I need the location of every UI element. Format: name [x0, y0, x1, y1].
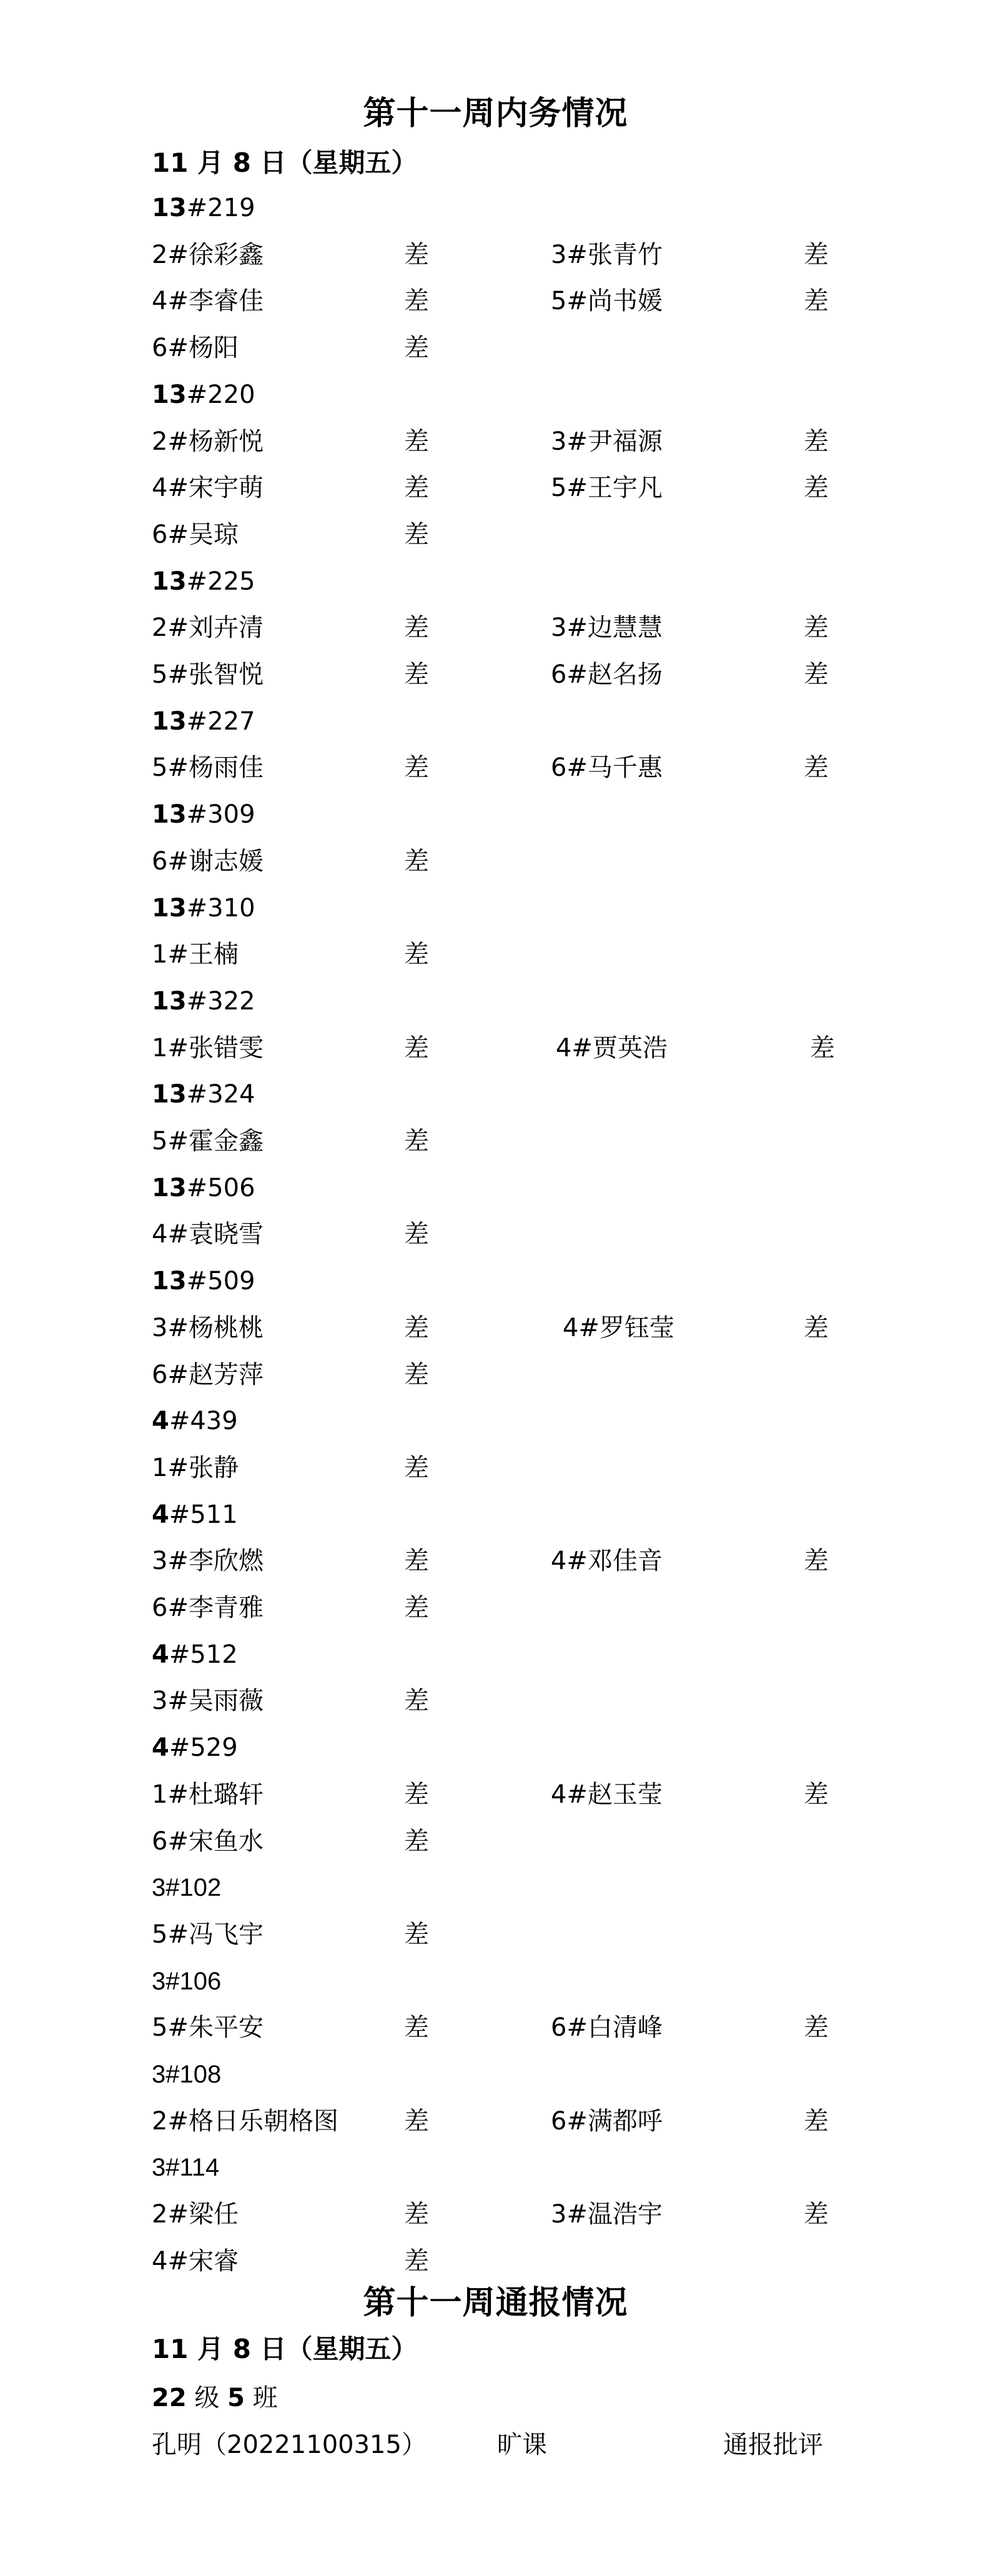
student-bed-name: 3#尹福源 — [551, 426, 663, 457]
room-building-number: 13 — [152, 894, 187, 923]
inspection-row: 2#刘卉清差3#边慧慧差 — [0, 612, 991, 643]
room-id: 13#309 — [152, 799, 255, 830]
student-bed-name: 4#袁晓雪 — [152, 1219, 264, 1250]
inspection-status: 差 — [804, 1545, 829, 1577]
section-title-notice: 第十一周通报情况 — [0, 2284, 991, 2322]
room-building-number: 13 — [152, 1267, 187, 1295]
student-bed-name: 6#吴琼 — [152, 519, 239, 550]
student-bed-name: 6#谢志媛 — [152, 846, 264, 877]
room-building-number: 13 — [152, 1080, 187, 1109]
inspection-status: 差 — [804, 426, 829, 457]
inspection-status: 差 — [804, 1312, 829, 1344]
inspection-status: 差 — [404, 332, 429, 364]
room-number: #225 — [187, 567, 255, 596]
inspection-row: 6#赵芳萍差 — [0, 1359, 991, 1390]
notice-date: 11 月 8 日（星期五） — [152, 2334, 418, 2365]
student-bed-name: 2#格日乐朝格图 — [152, 2106, 338, 2137]
inspection-status: 差 — [404, 939, 429, 970]
inspection-status: 差 — [810, 1033, 835, 1064]
inspection-row: 4#袁晓雪差 — [0, 1219, 991, 1250]
room-heading: 3#108 — [0, 2059, 991, 2090]
student-bed-name: 1#杜璐轩 — [152, 1779, 264, 1810]
inspection-status: 差 — [804, 285, 829, 317]
student-bed-name: 6#马千惠 — [551, 752, 663, 783]
room-building-number: 3 — [152, 2061, 165, 2088]
inspection-row: 1#杜璐轩差4#赵玉莹差 — [0, 1779, 991, 1810]
room-number: #511 — [169, 1500, 238, 1529]
inspection-status: 差 — [404, 612, 429, 643]
room-id: 13#509 — [152, 1266, 255, 1297]
notice-action: 通报批评 — [723, 2429, 823, 2460]
inspection-status: 差 — [804, 2106, 829, 2137]
section-date: 11 月 8 日（星期五） — [152, 147, 418, 179]
inspection-status: 差 — [404, 2246, 429, 2277]
inspection-row: 5#霍金鑫差 — [0, 1126, 991, 1157]
student-bed-name: 1#王楠 — [152, 939, 239, 970]
inspection-row: 6#吴琼差 — [0, 519, 991, 550]
inspection-status: 差 — [404, 519, 429, 550]
notice-student: 孔明（20221100315） — [152, 2429, 426, 2460]
inspection-status: 差 — [404, 285, 429, 317]
room-id: 4#529 — [152, 1732, 238, 1763]
room-number: #322 — [187, 987, 255, 1016]
student-bed-name: 3#张青竹 — [551, 239, 663, 270]
student-bed-name: 1#张静 — [152, 1452, 239, 1484]
room-number: #114 — [165, 2154, 219, 2181]
inspection-row: 1#张错雯差4#贾英浩差 — [0, 1033, 991, 1064]
document-page: 第十一周内务情况 11 月 8 日（星期五） 13#2192#徐彩鑫差3#张青竹… — [0, 0, 991, 2576]
inspection-status: 差 — [404, 2012, 429, 2043]
grade-word: 级 — [187, 2384, 227, 2412]
inspection-status: 差 — [404, 1359, 429, 1390]
student-bed-name: 6#赵名扬 — [551, 659, 663, 690]
student-bed-name: 5#王宇凡 — [551, 472, 663, 503]
inspection-status: 差 — [404, 1592, 429, 1623]
inspection-row: 5#杨雨佳差6#马千惠差 — [0, 752, 991, 783]
room-building-number: 13 — [152, 567, 187, 596]
inspection-status: 差 — [404, 1919, 429, 1950]
student-bed-name: 2#杨新悦 — [152, 426, 264, 457]
inspection-status: 差 — [404, 846, 429, 877]
student-bed-name: 3#温浩宇 — [551, 2199, 663, 2230]
room-building-number: 13 — [152, 987, 187, 1016]
room-building-number: 13 — [152, 707, 187, 736]
room-id: 13#506 — [152, 1172, 255, 1204]
student-bed-name: 5#冯飞宇 — [152, 1919, 264, 1950]
room-number: #309 — [187, 800, 255, 829]
room-number: #310 — [187, 894, 255, 923]
room-heading: 13#322 — [0, 986, 991, 1017]
inspection-row: 1#张静差 — [0, 1452, 991, 1484]
room-building-number: 3 — [152, 1874, 165, 1901]
inspection-row: 6#杨阳差 — [0, 332, 991, 364]
notice-reason: 旷课 — [497, 2429, 547, 2460]
inspection-row: 3#吴雨薇差 — [0, 1685, 991, 1717]
inspection-status: 差 — [404, 239, 429, 270]
student-bed-name: 6#赵芳萍 — [152, 1359, 264, 1390]
room-id: 3#108 — [152, 2059, 221, 2090]
room-number: #108 — [165, 2061, 221, 2088]
inspection-row: 2#梁任差3#温浩宇差 — [0, 2199, 991, 2230]
student-bed-name: 2#徐彩鑫 — [152, 239, 264, 270]
grade-number: 22 — [152, 2384, 187, 2412]
inspection-row: 2#格日乐朝格图差6#满都呼差 — [0, 2106, 991, 2137]
student-bed-name: 5#尚书媛 — [551, 285, 663, 317]
room-id: 4#439 — [152, 1405, 238, 1437]
room-heading: 13#506 — [0, 1172, 991, 1204]
room-heading: 13#227 — [0, 706, 991, 737]
inspection-row: 4#宋睿差 — [0, 2246, 991, 2277]
room-number: #220 — [187, 380, 255, 409]
room-building-number: 13 — [152, 800, 187, 829]
student-bed-name: 3#杨桃桃 — [152, 1312, 264, 1344]
inspection-status: 差 — [404, 1779, 429, 1810]
room-number: #102 — [165, 1874, 221, 1901]
room-heading: 13#219 — [0, 192, 991, 224]
inspection-status: 差 — [404, 752, 429, 783]
room-id: 13#322 — [152, 986, 255, 1017]
inspection-status: 差 — [804, 1779, 829, 1810]
student-bed-name: 2#梁任 — [152, 2199, 239, 2230]
room-building-number: 4 — [152, 1640, 169, 1669]
inspection-status: 差 — [404, 1452, 429, 1484]
room-number: #227 — [187, 707, 255, 736]
inspection-row: 2#杨新悦差3#尹福源差 — [0, 426, 991, 457]
room-heading: 13#509 — [0, 1266, 991, 1297]
room-id: 13#324 — [152, 1079, 255, 1110]
student-bed-name: 3#吴雨薇 — [152, 1685, 264, 1717]
room-id: 3#114 — [152, 2152, 219, 2183]
room-building-number: 13 — [152, 1174, 187, 1202]
room-id: 4#511 — [152, 1499, 238, 1530]
student-bed-name: 6#宋鱼水 — [152, 1826, 264, 1857]
notice-record-row: 孔明（20221100315） 旷课 通报批评 — [0, 2429, 991, 2460]
room-heading: 4#512 — [0, 1639, 991, 1670]
inspection-row: 6#谢志媛差 — [0, 846, 991, 877]
room-building-number: 4 — [152, 1733, 169, 1762]
student-bed-name: 5#张智悦 — [152, 659, 264, 690]
inspection-row: 5#朱平安差6#白清峰差 — [0, 2012, 991, 2043]
inspection-row: 6#李青雅差 — [0, 1592, 991, 1623]
inspection-status: 差 — [404, 2106, 429, 2137]
student-bed-name: 4#宋睿 — [152, 2246, 239, 2277]
inspection-row: 4#宋宇萌差5#王宇凡差 — [0, 472, 991, 503]
student-bed-name: 4#宋宇萌 — [152, 472, 264, 503]
inspection-row: 3#李欣燃差4#邓佳音差 — [0, 1545, 991, 1577]
inspection-row: 4#李睿佳差5#尚书媛差 — [0, 285, 991, 317]
room-heading: 13#220 — [0, 379, 991, 410]
inspection-row: 2#徐彩鑫差3#张青竹差 — [0, 239, 991, 270]
room-heading: 4#529 — [0, 1732, 991, 1763]
room-building-number: 3 — [152, 1968, 165, 1995]
room-id: 3#102 — [152, 1872, 221, 1903]
inspection-status: 差 — [804, 472, 829, 503]
room-building-number: 13 — [152, 380, 187, 409]
inspection-status: 差 — [404, 1685, 429, 1717]
room-number: #439 — [169, 1407, 238, 1435]
inspection-status: 差 — [404, 1545, 429, 1577]
inspection-status: 差 — [404, 1219, 429, 1250]
room-heading: 13#324 — [0, 1079, 991, 1110]
class-word: 班 — [245, 2384, 278, 2412]
room-building-number: 4 — [152, 1407, 169, 1435]
inspection-row: 5#张智悦差6#赵名扬差 — [0, 659, 991, 690]
room-heading: 3#106 — [0, 1966, 991, 1997]
inspection-status: 差 — [804, 612, 829, 643]
class-label: 22 级 5 班 — [0, 2382, 991, 2414]
room-heading: 13#309 — [0, 799, 991, 830]
student-bed-name: 6#白清峰 — [551, 2012, 663, 2043]
student-bed-name: 3#李欣燃 — [152, 1545, 264, 1577]
inspection-status: 差 — [804, 2012, 829, 2043]
inspection-status: 差 — [404, 659, 429, 690]
student-bed-name: 4#贾英浩 — [556, 1033, 668, 1064]
student-bed-name: 2#刘卉清 — [152, 612, 264, 643]
inspection-status: 差 — [804, 752, 829, 783]
inspection-status: 差 — [804, 239, 829, 270]
inspection-status: 差 — [404, 2199, 429, 2230]
room-number: #529 — [169, 1733, 238, 1762]
inspection-status: 差 — [404, 1126, 429, 1157]
room-id: 13#219 — [152, 192, 255, 224]
student-bed-name: 6#满都呼 — [551, 2106, 663, 2137]
inspection-status: 差 — [404, 472, 429, 503]
student-bed-name: 5#霍金鑫 — [152, 1126, 264, 1157]
room-number: #106 — [165, 1968, 221, 1995]
room-id: 3#106 — [152, 1966, 221, 1997]
student-bed-name: 6#杨阳 — [152, 332, 239, 364]
room-number: #506 — [187, 1174, 255, 1202]
student-bed-name: 5#朱平安 — [152, 2012, 264, 2043]
room-number: #509 — [187, 1267, 255, 1295]
inspection-status: 差 — [404, 1312, 429, 1344]
room-id: 13#220 — [152, 379, 255, 410]
class-number: 5 — [227, 2384, 245, 2412]
inspection-row: 1#王楠差 — [0, 939, 991, 970]
room-id: 13#227 — [152, 706, 255, 737]
room-number: #324 — [187, 1080, 255, 1109]
student-bed-name: 4#罗钰莹 — [563, 1312, 674, 1344]
student-bed-name: 4#邓佳音 — [551, 1545, 663, 1577]
room-building-number: 13 — [152, 194, 187, 222]
student-bed-name: 1#张错雯 — [152, 1033, 264, 1064]
room-heading: 3#102 — [0, 1872, 991, 1903]
room-heading: 4#511 — [0, 1499, 991, 1530]
room-number: #512 — [169, 1640, 238, 1669]
room-id: 13#310 — [152, 893, 255, 924]
student-bed-name: 6#李青雅 — [152, 1592, 264, 1623]
inspection-status: 差 — [804, 659, 829, 690]
room-id: 4#512 — [152, 1639, 238, 1670]
room-heading: 4#439 — [0, 1405, 991, 1437]
section-title-dorm-inspection: 第十一周内务情况 — [0, 95, 991, 132]
inspection-row: 5#冯飞宇差 — [0, 1919, 991, 1950]
inspection-status: 差 — [404, 426, 429, 457]
room-building-number: 3 — [152, 2154, 165, 2181]
student-bed-name: 4#赵玉莹 — [551, 1779, 663, 1810]
student-bed-name: 5#杨雨佳 — [152, 752, 264, 783]
room-id: 13#225 — [152, 566, 255, 597]
room-heading: 3#114 — [0, 2152, 991, 2183]
room-building-number: 4 — [152, 1500, 169, 1529]
inspection-row: 6#宋鱼水差 — [0, 1826, 991, 1857]
room-heading: 13#310 — [0, 893, 991, 924]
inspection-status: 差 — [404, 1826, 429, 1857]
inspection-status: 差 — [404, 1033, 429, 1064]
student-bed-name: 3#边慧慧 — [551, 612, 663, 643]
room-heading: 13#225 — [0, 566, 991, 597]
room-number: #219 — [187, 194, 255, 222]
inspection-row: 3#杨桃桃差4#罗钰莹差 — [0, 1312, 991, 1344]
student-bed-name: 4#李睿佳 — [152, 285, 264, 317]
inspection-status: 差 — [804, 2199, 829, 2230]
